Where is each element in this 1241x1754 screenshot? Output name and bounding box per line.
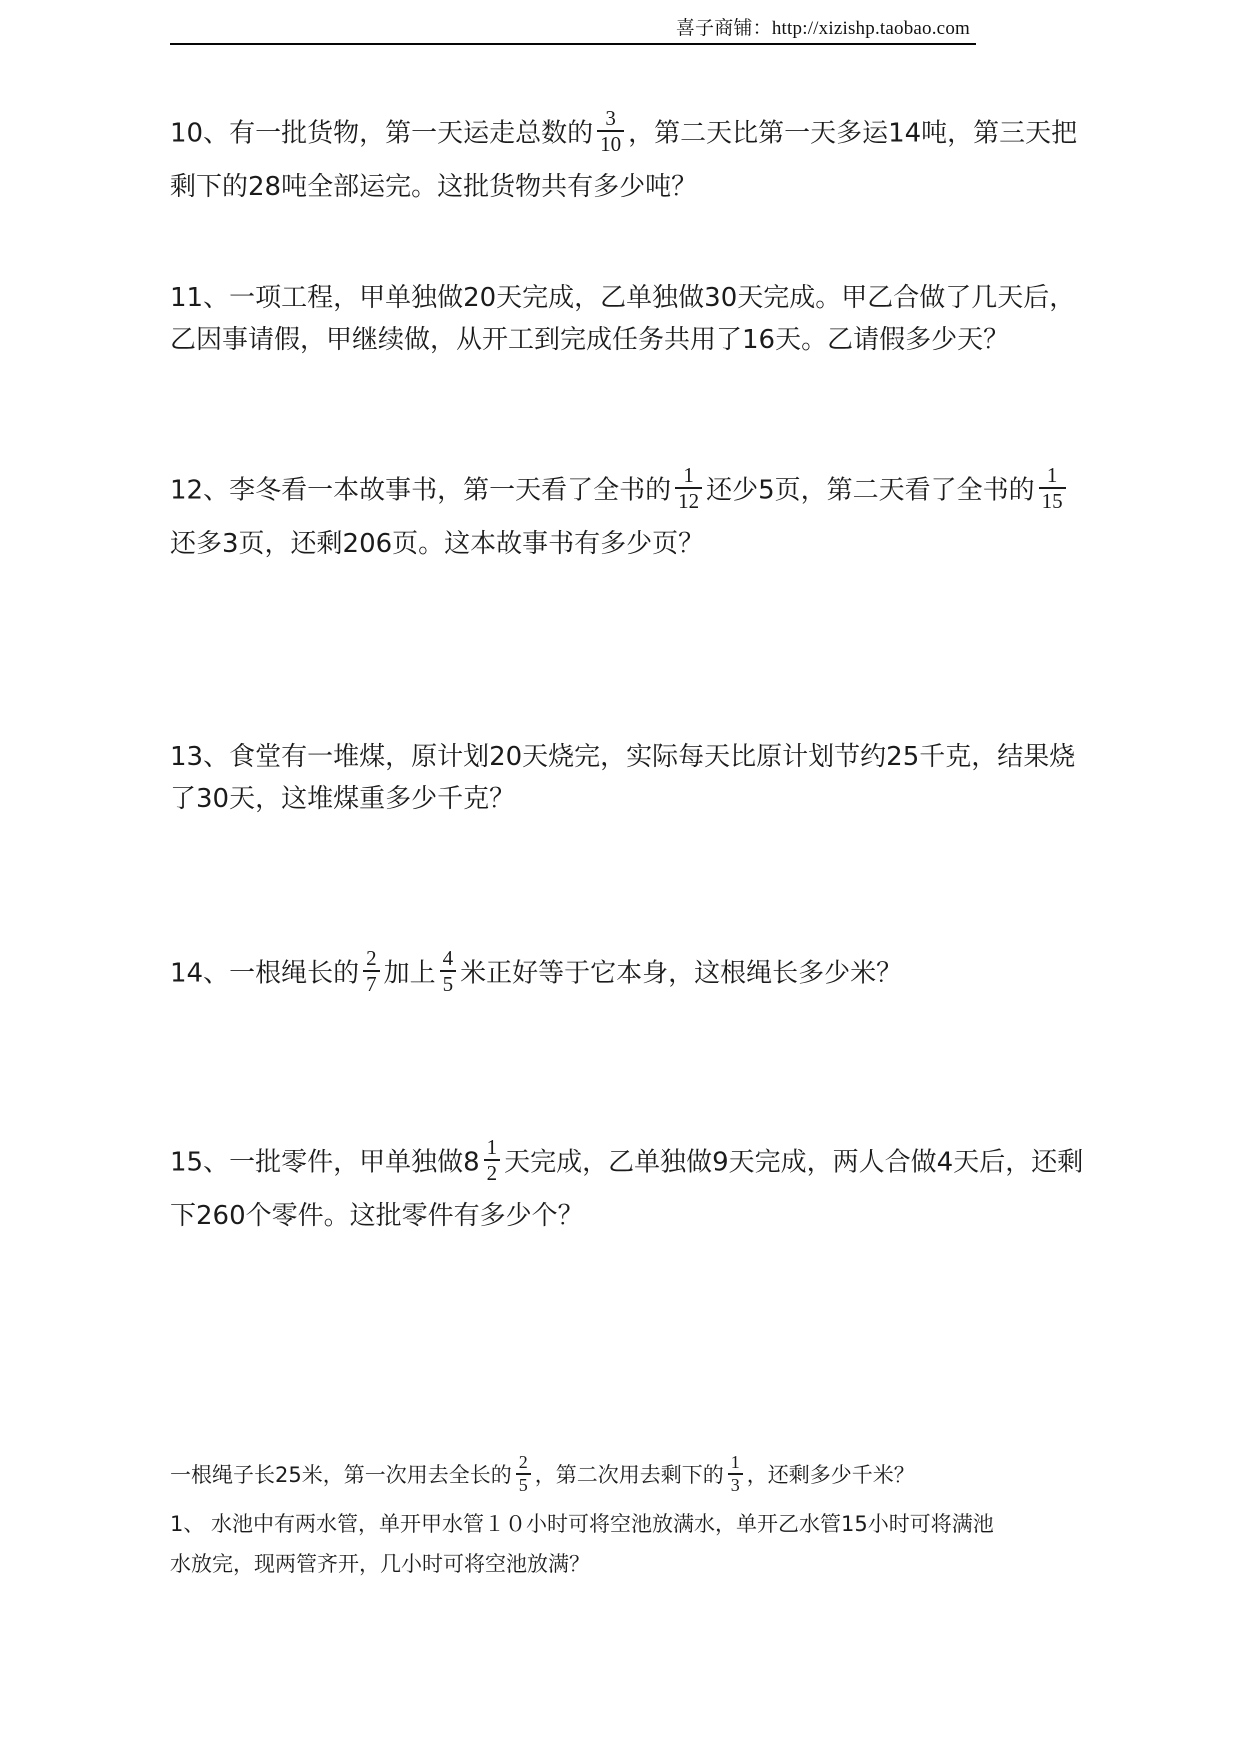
problem-text: 乙因事请假，甲继续做，从开工到完成任务共用了16天。乙请假多少天？	[170, 325, 1009, 355]
fraction: 310	[597, 107, 624, 155]
problem-text: ，还剩多少千米？	[747, 1463, 915, 1487]
problem-line: 水放完，现两管齐开，几小时可将空池放满？	[170, 1544, 1110, 1584]
problem-line: 10、有一批货物，第一天运走总数的310，第二天比第一天多运14吨，第三天把	[170, 107, 1110, 161]
problem-line: 15、一批零件，甲单独做812天完成，乙单独做9天完成，两人合做4天后，还剩	[170, 1136, 1110, 1190]
problem-text: 10、有一批货物，第一天运走总数的	[170, 119, 593, 149]
problem-line: 还多3页，还剩206页。这本故事书有多少页？	[170, 518, 1110, 571]
fraction-denominator: 12	[675, 487, 702, 512]
fraction-denominator: 5	[440, 970, 457, 995]
fraction-denominator: 3	[728, 1473, 743, 1495]
problem-12: 12、李冬看一本故事书，第一天看了全书的112还少5页，第二天看了全书的115还…	[170, 464, 1110, 571]
fraction-denominator: 7	[363, 970, 380, 995]
fraction: 25	[516, 1453, 531, 1495]
problem-text: 还少5页，第二天看了全书的	[706, 476, 1035, 506]
problem-text: 12、李冬看一本故事书，第一天看了全书的	[170, 476, 671, 506]
fraction-numerator: 1	[1044, 464, 1061, 487]
problem-line: 11、一项工程，甲单独做20天完成，乙单独做30天完成。甲乙合做了几天后，	[170, 277, 1110, 319]
problem-text: 天完成，乙单独做9天完成，两人合做4天后，还剩	[504, 1148, 1083, 1178]
fraction: 115	[1039, 464, 1066, 512]
problem-line: 剩下的28吨全部运完。这批货物共有多少吨？	[170, 161, 1110, 214]
fraction: 12	[484, 1136, 501, 1184]
problem-text: 剩下的28吨全部运完。这批货物共有多少吨？	[170, 172, 697, 202]
problem-text: 15、一批零件，甲单独做8	[170, 1148, 480, 1178]
problem-line: 12、李冬看一本故事书，第一天看了全书的112还少5页，第二天看了全书的115	[170, 464, 1110, 518]
problem-line: 下260个零件。这批零件有多少个？	[170, 1190, 1110, 1243]
problem-text: ，第二天比第一天多运14吨，第三天把	[628, 119, 1077, 149]
fraction-numerator: 1	[728, 1453, 743, 1473]
header-divider-line	[170, 43, 976, 45]
problem-text: 还多3页，还剩206页。这本故事书有多少页？	[170, 529, 704, 559]
problem-rope: 一根绳子长25米，第一次用去全长的25，第二次用去剩下的13，还剩多少千米？	[170, 1450, 1110, 1500]
problem-text: 水放完，现两管齐开，几小时可将空池放满？	[170, 1552, 590, 1576]
problem-text: 11、一项工程，甲单独做20天完成，乙单独做30天完成。甲乙合做了几天后，	[170, 283, 1075, 313]
problem-line: 乙因事请假，甲继续做，从开工到完成任务共用了16天。乙请假多少天？	[170, 319, 1110, 361]
problem-line: 1、 水池中有两水管，单开甲水管１０小时可将空池放满水，单开乙水管15小时可将满…	[170, 1504, 1110, 1544]
fraction-numerator: 1	[484, 1136, 501, 1159]
fraction-numerator: 1	[680, 464, 697, 487]
problem-text: 13、食堂有一堆煤，原计划20天烧完，实际每天比原计划节约25千克，结果烧	[170, 742, 1075, 772]
fraction-denominator: 2	[484, 1159, 501, 1184]
problem-line: 13、食堂有一堆煤，原计划20天烧完，实际每天比原计划节约25千克，结果烧	[170, 736, 1110, 778]
fraction-numerator: 2	[516, 1453, 531, 1473]
problem-14: 14、一根绳长的27加上45米正好等于它本身，这根绳长多少米？	[170, 947, 1110, 1001]
shop-url-text: 喜子商铺：http://xizishp.taobao.com	[676, 18, 970, 39]
fraction: 45	[440, 947, 457, 995]
problem-pipes: 1、 水池中有两水管，单开甲水管１０小时可将空池放满水，单开乙水管15小时可将满…	[170, 1504, 1110, 1584]
problem-text: 加上	[384, 959, 436, 989]
problem-line: 一根绳子长25米，第一次用去全长的25，第二次用去剩下的13，还剩多少千米？	[170, 1450, 1110, 1500]
fraction-denominator: 10	[597, 130, 624, 155]
fraction-denominator: 5	[516, 1473, 531, 1495]
fraction: 27	[363, 947, 380, 995]
fraction-denominator: 15	[1039, 487, 1066, 512]
fraction: 112	[675, 464, 702, 512]
problem-text: 米正好等于它本身，这根绳长多少米？	[460, 959, 902, 989]
problem-10: 10、有一批货物，第一天运走总数的310，第二天比第一天多运14吨，第三天把剩下…	[170, 107, 1110, 214]
problem-11: 11、一项工程，甲单独做20天完成，乙单独做30天完成。甲乙合做了几天后，乙因事…	[170, 277, 1110, 361]
problem-13: 13、食堂有一堆煤，原计划20天烧完，实际每天比原计划节约25千克，结果烧了30…	[170, 736, 1110, 820]
problem-text: ，第二次用去剩下的	[535, 1463, 724, 1487]
worksheet-page: 喜子商铺：http://xizishp.taobao.com 10、有一批货物，…	[0, 0, 1241, 1754]
problem-15: 15、一批零件，甲单独做812天完成，乙单独做9天完成，两人合做4天后，还剩下2…	[170, 1136, 1110, 1243]
problem-text: 1、 水池中有两水管，单开甲水管１０小时可将空池放满水，单开乙水管15小时可将满…	[170, 1512, 994, 1536]
fraction-numerator: 4	[440, 947, 457, 970]
fraction: 13	[728, 1453, 743, 1495]
page-header: 喜子商铺：http://xizishp.taobao.com	[170, 13, 970, 40]
problem-line: 了30天，这堆煤重多少千克？	[170, 778, 1110, 820]
fraction-numerator: 3	[602, 107, 619, 130]
problem-text: 一根绳子长25米，第一次用去全长的	[170, 1463, 512, 1487]
problem-text: 14、一根绳长的	[170, 959, 359, 989]
problem-text: 了30天，这堆煤重多少千克？	[170, 784, 515, 814]
problem-line: 14、一根绳长的27加上45米正好等于它本身，这根绳长多少米？	[170, 947, 1110, 1001]
fraction-numerator: 2	[363, 947, 380, 970]
problem-text: 下260个零件。这批零件有多少个？	[170, 1201, 584, 1231]
